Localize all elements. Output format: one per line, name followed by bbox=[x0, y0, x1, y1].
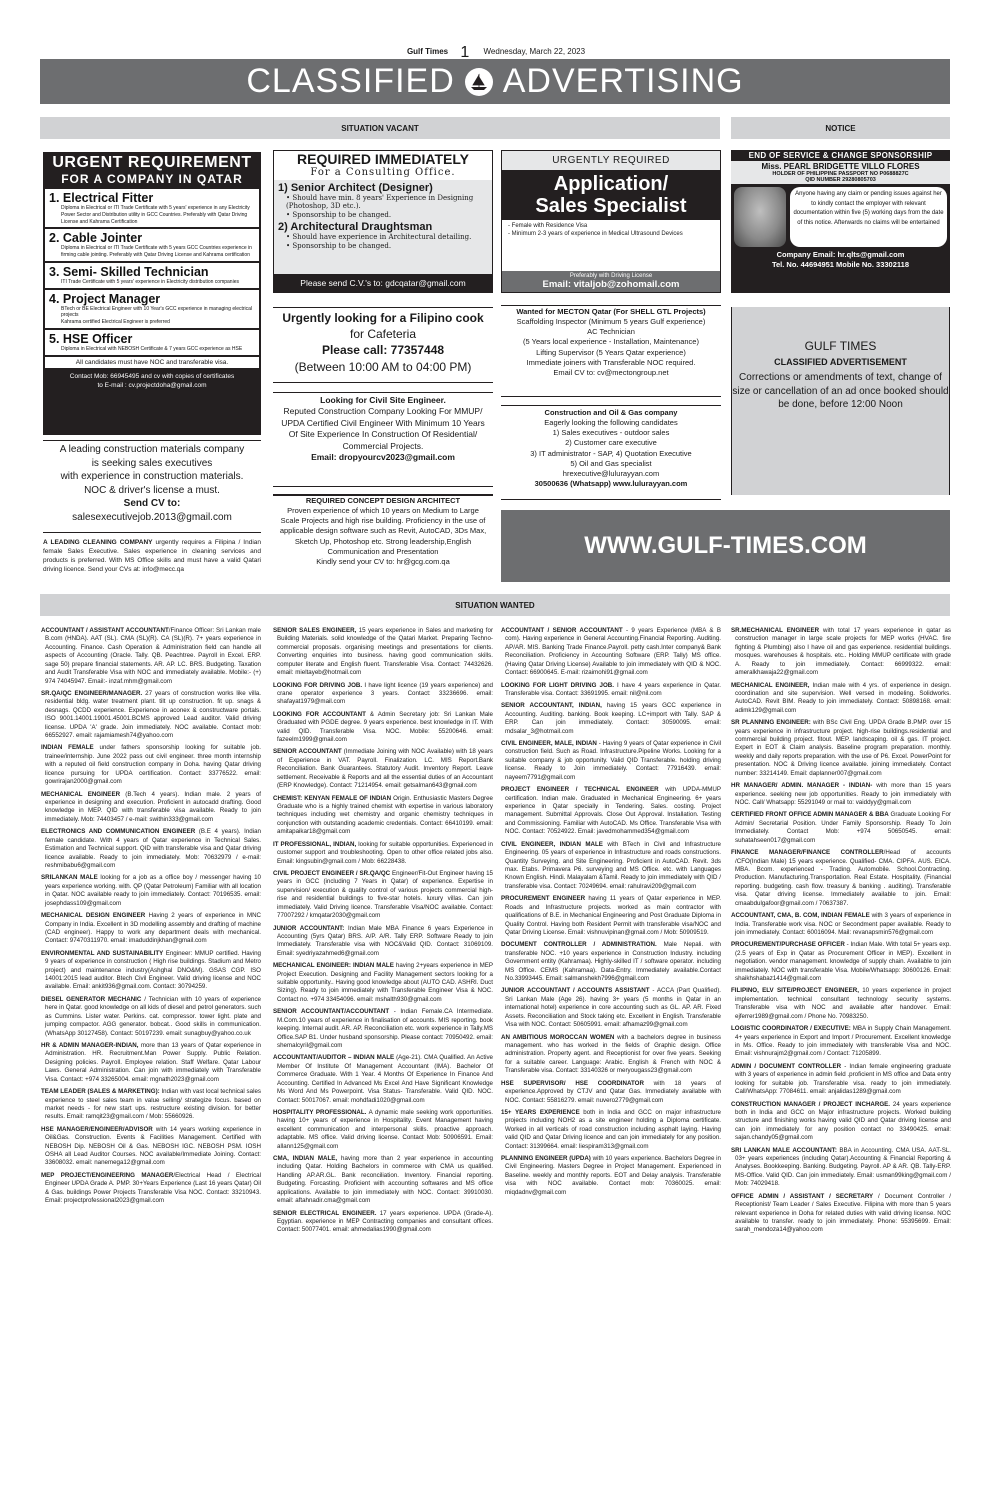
job-detail: BTech or BE Electrical Engineer with 10 … bbox=[49, 306, 255, 320]
wanted-listing: HSE SUPERVISOR/ HSE COORDINATOR with 18 … bbox=[501, 1080, 721, 1105]
company-phone: Tel. No. 44694951 Mobile No. 33302118 bbox=[731, 260, 950, 270]
ad-mecton: Wanted for MECTON Qatar (For SHELL GTL P… bbox=[501, 305, 721, 397]
ad-concept-design-architect: REQUIRED CONCEPT DESIGN ARCHITECT Proven… bbox=[273, 494, 493, 584]
listing-heading: ACCOUNTANT, CMA, B. COM, INDIAN FEMALE bbox=[731, 912, 870, 919]
job-project-manager: 4. Project Manager BTech or BE Electrica… bbox=[45, 290, 259, 328]
contact-phone: Contact Mob: 66945495 and cv with copies… bbox=[45, 372, 259, 382]
ad-lead: A LEADING CLEANING COMPANY bbox=[43, 539, 152, 546]
job-detail: Kahrama certified Electrical Engineer is… bbox=[49, 319, 255, 326]
contact-email: to E-mail : cv.projectdoha@gmail.com bbox=[45, 381, 259, 391]
job-title: 1) Senior Architect (Designer) bbox=[274, 182, 492, 194]
wanted-listing: SENIOR ELECTRICAL ENGINEER. 17 years exp… bbox=[273, 1210, 493, 1235]
listing-heading: ELECTRONICS AND COMMUNICATION ENGINEER bbox=[41, 828, 195, 835]
listing-body: having more than 2 year experience in ac… bbox=[277, 1155, 493, 1204]
wanted-listing: SR.QA/QC ENGINEER/MANAGER. 27 years of c… bbox=[41, 690, 261, 741]
ad-email: Email CV to: cv@mectongroup.net bbox=[501, 368, 721, 378]
ad-contact: Contact Mob: 66945495 and cv with copies… bbox=[45, 368, 259, 392]
listing-heading: ENVIRONMENTAL AND SUSTAINABILITY bbox=[41, 950, 163, 957]
ad-contact: Please send C.V.'s to: gdcqatar@gmail.co… bbox=[274, 274, 492, 292]
ad-construction-oil-gas: Construction and Oil & Gas company Eager… bbox=[501, 405, 721, 500]
section-situation-wanted: SITUATION WANTED bbox=[40, 594, 950, 616]
job-hse-officer: 5. HSE Officer Diploma in Electrical wit… bbox=[45, 330, 259, 355]
listing-heading: SENIOR ACCOUNTANT/ACCOUNTANT bbox=[273, 1008, 389, 1015]
ad-line: Immediate joiners with Transferable NOC … bbox=[501, 358, 721, 368]
ad-line: (Between 10:00 AM to 04:00 PM) bbox=[273, 359, 493, 375]
listing-heading: SRILANKAN MALE bbox=[41, 874, 98, 881]
wanted-listing: IT PROFESSIONAL, INDIAN, looking for sui… bbox=[273, 841, 493, 866]
listing-heading: PROJECT ENGINEER / TECHNICAL ENGINEER bbox=[501, 786, 659, 793]
wanted-listing: DOCUMENT CONTROLLER / ADMINISTRATION. Ma… bbox=[501, 941, 721, 983]
classified-banner: CLASSIFIED ADVERTISING bbox=[40, 59, 950, 104]
qid-number: QID NUMBER 29280805703 bbox=[731, 177, 950, 183]
wanted-listing: HSE MANAGER/ENGINEER/ADVISOR with 14 yea… bbox=[41, 1126, 261, 1168]
job-detail: ITI Trade Certificate with 5 years' expe… bbox=[49, 279, 255, 286]
ad-line: AC Technician bbox=[501, 327, 721, 337]
wanted-listing: ENVIRONMENTAL AND SUSTAINABILITY Enginee… bbox=[41, 950, 261, 992]
bullet-text: Sponsorship to be changed. bbox=[292, 211, 391, 219]
listing-heading: LOOKING FOR LIGHT DRIVING JOB. bbox=[501, 682, 614, 689]
wanted-listing: PROCUREMENT ENGINEER having 11 years of … bbox=[501, 895, 721, 937]
box-subtitle: CLASSIFIED ADVERTISEMENT bbox=[732, 357, 949, 367]
title-line: Sales Specialist bbox=[502, 195, 720, 217]
issue-date: Wednesday, March 22, 2023 bbox=[484, 47, 586, 56]
job-bullet: • Should have min. 8 years' Experience i… bbox=[274, 194, 492, 211]
wanted-listing: ELECTRONICS AND COMMUNICATION ENGINEER (… bbox=[41, 828, 261, 870]
listing-heading: HOSPITALITY PROFESSIONAL. bbox=[273, 1109, 366, 1116]
listing-heading: HSE MANAGER/ENGINEER/ADVISOR bbox=[41, 1126, 153, 1133]
listing-heading: CIVIL ENGINEER, INDIAN MALE bbox=[501, 841, 603, 848]
section-title: SITUATION WANTED bbox=[455, 601, 534, 610]
ad-title: REQUIRED IMMEDIATELY bbox=[274, 151, 492, 167]
listing-heading: JUNIOR ACCOUNTANT: bbox=[273, 925, 344, 932]
ad-line: 3) IT administrator - SAP, 4) Quotation … bbox=[501, 449, 721, 459]
job-title: 5. HSE Officer bbox=[49, 332, 255, 346]
job-bullet: • Should have experience in Architectura… bbox=[274, 233, 492, 241]
listing-heading: CHEMIST: KENYAN FEMALE OF INDIAN bbox=[273, 795, 391, 802]
bullet: - Minimum 2-3 years of experience in Med… bbox=[508, 230, 714, 238]
job-detail: Diploma in Electrical or ITI Trade Certi… bbox=[49, 205, 255, 225]
listing-body: /Head of accounts /CFO(Indian Male) 15 y… bbox=[735, 849, 951, 907]
wanted-listing: JUNIOR ACCOUNTANT / ACCOUNTS ASSISTANT -… bbox=[501, 987, 721, 1029]
listing-heading: DIESEL GENERATOR MECHANIC bbox=[41, 996, 141, 1003]
ad-email: Email: dropyourcv2023@gmail.com bbox=[279, 452, 487, 463]
listing-heading: CIVIL PROJECT ENGINEER / SR.QA/QC bbox=[273, 870, 390, 877]
person-name: Miss. PEARL BRIDGETTE VILLO FLORES bbox=[731, 162, 950, 171]
person-photo bbox=[734, 187, 786, 247]
ad-line: is seeking sales executives bbox=[43, 457, 261, 471]
listing-body: - 9 years Experience (MBA & B com). Havi… bbox=[505, 627, 721, 676]
wanted-listing: SR.MECHANICAL ENGINEER with total 17 yea… bbox=[731, 627, 951, 678]
wanted-listing: FILIPINO, ELV SITE/PROJECT ENGINEER, 10 … bbox=[731, 987, 951, 1021]
listing-heading: OFFICE ADMIN / ASSISTANT / SECRETARY bbox=[731, 1193, 873, 1200]
wanted-listing: ADMIN / DOCUMENT CONTROLLER - Indian fem… bbox=[731, 1063, 951, 1097]
listing-heading: CERTIFIED FRONT OFFICE ADMIN MANAGER & B… bbox=[731, 811, 889, 818]
listing-heading: TEAM LEADER (SALES & MARKETING): bbox=[41, 1088, 160, 1095]
job-bullet: • Sponsorship to be changed. bbox=[274, 211, 492, 219]
ad-title: Application/ Sales Specialist bbox=[502, 170, 720, 220]
wanted-listing: JUNIOR ACCOUNTANT: Indian Male MBA Finan… bbox=[273, 925, 493, 959]
ad-cleaning-company: A LEADING CLEANING COMPANY urgently requ… bbox=[43, 538, 261, 588]
wanted-listing: OFFICE ADMIN / ASSISTANT / SECRETARY / D… bbox=[731, 1193, 951, 1235]
notice-body: Anyone having any claim or pending issue… bbox=[731, 184, 950, 250]
ad-line: for Cafeteria bbox=[273, 326, 493, 342]
listing-heading: MECHANICAL ENGINEER: INDIAN MALE bbox=[273, 962, 394, 969]
ad-subtitle: For a Consulting Office. bbox=[274, 167, 492, 180]
bullet-text: Should have experience in Architectural … bbox=[292, 233, 471, 241]
listing-body: /Finance Officer: Sri Lankan male B.com … bbox=[45, 627, 261, 685]
ad-contact: 30500636 (Whatsapp) www.lulurayyan.com bbox=[501, 479, 721, 489]
ad-line: 5) Oil and Gas specialist bbox=[501, 459, 721, 469]
wanted-listing: AN AMBITIOUS MOROCCAN WOMEN with a bache… bbox=[501, 1034, 721, 1076]
wanted-column-1: ACCOUNTANT / ASSISTANT ACCOUNTANT/Financ… bbox=[41, 627, 261, 1210]
listing-heading: ACCOUNTANT/AUDITOR – INDIAN MALE bbox=[273, 1054, 394, 1061]
banner-title-left: CLASSIFIED bbox=[246, 62, 454, 101]
ad-line: Urgently looking for a Filipino cook bbox=[273, 310, 493, 326]
website-link[interactable]: WWW.GULF-TIMES.COM bbox=[584, 532, 867, 560]
listing-heading: MECHANICAL ENGINEER, bbox=[731, 682, 809, 689]
wanted-listing: HR MANAGER/ ADMIN. MANAGER - INDIAN- wit… bbox=[731, 782, 951, 807]
wanted-listing: MECHANICAL ENGINEER: INDIAN MALE having … bbox=[273, 962, 493, 1004]
dhow-boat-icon bbox=[465, 68, 493, 96]
bullet: - Female with Residence Visa bbox=[508, 222, 714, 230]
wanted-listing: CIVIL ENGINEER, INDIAN MALE with BTech i… bbox=[501, 841, 721, 892]
job-title: 4. Project Manager bbox=[49, 292, 255, 306]
wanted-listing: INDIAN FEMALE under fathers sponsorship … bbox=[41, 744, 261, 786]
wanted-listing: CERTIFIED FRONT OFFICE ADMIN MANAGER & B… bbox=[731, 811, 951, 845]
wanted-listing: PROJECT ENGINEER / TECHNICAL ENGINEER wi… bbox=[501, 786, 721, 837]
job-title: 1. Electrical Fitter bbox=[49, 191, 255, 205]
listing-heading: SENIOR ACCOUNTANT, INDIAN, bbox=[501, 702, 602, 709]
wanted-column-3: ACCOUNTANT / SENIOR ACCOUNTANT - 9 years… bbox=[501, 627, 721, 1201]
classified-corrections-notice: GULF TIMES CLASSIFIED ADVERTISEMENT Corr… bbox=[731, 307, 950, 495]
wanted-listing: SENIOR ACCOUNTANT (Immediate Joining wit… bbox=[273, 748, 493, 790]
ad-line: Scaffolding Inspector (Minimum 5 years G… bbox=[501, 317, 721, 327]
wanted-listing: CONSTRUCTION MANAGER / PROJECT INCHARGE.… bbox=[731, 1101, 951, 1143]
ad-title: Wanted for MECTON Qatar (For SHELL GTL P… bbox=[501, 307, 721, 317]
wanted-listing: TEAM LEADER (SALES & MARKETING): Indian … bbox=[41, 1088, 261, 1122]
wanted-listing: SENIOR ACCOUNTANT, INDIAN, having 15 yea… bbox=[501, 702, 721, 736]
ad-subtitle: FOR A COMPANY IN QATAR bbox=[45, 172, 259, 186]
listing-heading: PLANNING ENGINEER (UPDA) bbox=[501, 1155, 591, 1162]
listing-heading: SR.QA/QC ENGINEER/MANAGER. bbox=[41, 690, 142, 697]
notice-message: Anyone having any claim or pending issue… bbox=[790, 187, 947, 247]
listing-heading: CMA, INDIAN MALE, bbox=[273, 1155, 337, 1162]
ad-line: 2) Customer care executive bbox=[501, 438, 721, 448]
listing-body: (Age-21). CMA Qualified. An Active Membe… bbox=[277, 1054, 493, 1103]
listing-heading: LOGISTIC COORDINATOR / EXECUTIVE: bbox=[731, 1025, 851, 1032]
listing-body: with total 17 years experience in qatar … bbox=[735, 627, 951, 676]
ad-line: NOC & driver's license a must. bbox=[43, 484, 261, 498]
ad-bullets: - Female with Residence Visa - Minimum 2… bbox=[502, 220, 720, 241]
section-notice: NOTICE bbox=[731, 117, 950, 139]
job-title: 3. Semi- Skilled Technician bbox=[49, 265, 255, 279]
notice-title: END OF SERVICE & CHANGE SPONSORSHIP bbox=[731, 150, 950, 161]
listing-heading: 15+ YEARS EXPERIENCE bbox=[501, 1109, 580, 1116]
wanted-listing: ACCOUNTANT, CMA, B. COM, INDIAN FEMALE w… bbox=[731, 912, 951, 937]
wanted-listing: CMA, INDIAN MALE, having more than 2 yea… bbox=[273, 1155, 493, 1206]
listing-heading: PROCUREMENT ENGINEER bbox=[501, 895, 585, 902]
ad-filipino-cook: Urgently looking for a Filipino cook for… bbox=[273, 307, 493, 383]
listing-heading: INDIAN FEMALE bbox=[41, 744, 94, 751]
company-email: Company Email: hr.qlts@gmail.com bbox=[731, 250, 950, 260]
ad-construction-materials: A leading construction materials company… bbox=[43, 440, 261, 533]
listing-heading: LOOKING FOR DRIVING JOB. bbox=[273, 682, 362, 689]
ad-line: with experience in construction material… bbox=[43, 470, 261, 484]
ad-consulting-office: REQUIRED IMMEDIATELY For a Consulting Of… bbox=[273, 150, 493, 293]
listing-heading: ACCOUNTANT / ASSISTANT ACCOUNTANT bbox=[41, 627, 169, 634]
bullet-text: Female with Residence Visa bbox=[512, 223, 588, 229]
ad-email: salesexecutivejob.2013@gmail.com bbox=[43, 511, 261, 525]
wanted-listing: DIESEL GENERATOR MECHANIC / Technician w… bbox=[41, 996, 261, 1038]
listing-heading: HR MANAGER/ ADMIN. MANAGER - INDIAN- bbox=[731, 782, 872, 789]
listing-body: with BSc Civil Eng. UPDA Grade B.PMP. ov… bbox=[735, 719, 951, 777]
job-detail: Diploma in Electrical with NEBOSH Certif… bbox=[49, 346, 255, 353]
wanted-listing: MECHANICAL DESIGN ENGINEER Having 2 year… bbox=[41, 912, 261, 946]
ad-civil-site-engineer: Looking for Civil Site Engineer. Reputed… bbox=[273, 392, 493, 487]
wanted-listing: SENIOR SALES ENGINEER, 15 years experien… bbox=[273, 627, 493, 678]
ad-title: Construction and Oil & Gas company bbox=[501, 408, 721, 418]
listing-heading: JUNIOR ACCOUNTANT / ACCOUNTS ASSISTANT bbox=[501, 987, 650, 994]
listing-body: Engineer/Fit-Out Engineer having 15 year… bbox=[277, 870, 493, 919]
listing-heading: LOOKING FOR ACCOUNTANT bbox=[273, 711, 366, 718]
ad-line: Lifting Supervisor (5 Years Qatar experi… bbox=[501, 348, 721, 358]
wanted-listing: FINANCE MANAGER/FINANCE CONTROLLER/Head … bbox=[731, 849, 951, 908]
wanted-listing: ACCOUNTANT/AUDITOR – INDIAN MALE (Age-21… bbox=[273, 1054, 493, 1105]
wanted-listing: 15+ YEARS EXPERIENCE both in India and G… bbox=[501, 1109, 721, 1151]
listing-heading: MECHANICAL DESIGN ENGINEER bbox=[41, 912, 145, 919]
job-title: 2. Cable Jointer bbox=[49, 231, 255, 245]
listing-heading: MECHANICAL ENGINEER bbox=[41, 791, 120, 798]
wanted-listing: MEP PROJECT/ENGINEERING MANAGER/Electric… bbox=[41, 1172, 261, 1206]
wanted-listing: HOSPITALITY PROFESSIONAL. A dynamic male… bbox=[273, 1109, 493, 1151]
listing-heading: ACCOUNTANT / SENIOR ACCOUNTANT bbox=[501, 627, 623, 634]
ad-line: (5 Years local experience - Installation… bbox=[501, 337, 721, 347]
title-line: Application/ bbox=[502, 173, 720, 195]
job-electrical-fitter: 1. Electrical Fitter Diploma in Electric… bbox=[45, 189, 259, 227]
ad-sales-specialist: URGENTLY REQUIRED Application/ Sales Spe… bbox=[501, 150, 721, 293]
wanted-column-2: SENIOR SALES ENGINEER, 15 years experien… bbox=[273, 627, 493, 1239]
section-title: SITUATION VACANT bbox=[341, 124, 418, 133]
ad-title: URGENT REQUIREMENT bbox=[45, 154, 259, 172]
ad-line: Send CV to: bbox=[43, 497, 261, 511]
wanted-listing: ACCOUNTANT / ASSISTANT ACCOUNTANT/Financ… bbox=[41, 627, 261, 686]
job-bullet: • Sponsorship to be changed. bbox=[274, 242, 492, 250]
listing-heading: CONSTRUCTION MANAGER / PROJECT INCHARGE. bbox=[731, 1101, 890, 1108]
banner-title-right: ADVERTISING bbox=[503, 62, 744, 101]
website-banner[interactable]: WWW.GULF-TIMES.COM bbox=[501, 510, 950, 582]
ad-header: URGENTLY REQUIRED bbox=[502, 151, 720, 170]
wanted-listing: LOOKING FOR LIGHT DRIVING JOB. I have 4 … bbox=[501, 682, 721, 699]
listing-heading: FINANCE MANAGER/FINANCE CONTROLLER bbox=[731, 849, 884, 856]
box-body: Corrections or amendments of text, chang… bbox=[732, 371, 949, 412]
ad-line: A leading construction materials company bbox=[43, 443, 261, 457]
bullet-text: Sponsorship to be changed. bbox=[292, 242, 391, 250]
ad-title: REQUIRED CONCEPT DESIGN ARCHITECT bbox=[277, 496, 489, 506]
listing-heading: HSE SUPERVISOR/ HSE COORDINATOR bbox=[501, 1080, 644, 1087]
wanted-listing: MECHANICAL ENGINEER (B.Tech 4 years). In… bbox=[41, 791, 261, 825]
listing-heading: CIVIL ENGINEER, MALE, INDIAN bbox=[501, 740, 597, 747]
job-title: 2) Architectural Draughtsman bbox=[274, 221, 492, 233]
listing-heading: SENIOR SALES ENGINEER, bbox=[273, 627, 356, 634]
ad-phone: Please call: 77357448 bbox=[273, 342, 493, 358]
section-situation-vacant: SITUATION VACANT bbox=[40, 117, 720, 139]
job-cable-jointer: 2. Cable Jointer Diploma in Electrical o… bbox=[45, 229, 259, 261]
listing-heading: MEP PROJECT/ENGINEERING MANAGER bbox=[41, 1172, 173, 1179]
listing-heading: SENIOR ACCOUNTANT bbox=[273, 748, 342, 755]
ad-body: Reputed Construction Company Looking For… bbox=[279, 406, 487, 452]
wanted-listing: SENIOR ACCOUNTANT/ACCOUNTANT - Indian Fe… bbox=[273, 1008, 493, 1050]
listing-heading: AN AMBITIOUS MOROCCAN WOMEN bbox=[501, 1034, 614, 1041]
listing-body: with BTech in Civil and Infrastructure E… bbox=[505, 841, 721, 890]
listing-heading: SENIOR ELECTRICAL ENGINEER. bbox=[273, 1210, 376, 1217]
wanted-listing: SRILANKAN MALE looking for a job as a of… bbox=[41, 874, 261, 908]
listing-body: 15 years experience in Sales and marketi… bbox=[277, 627, 493, 676]
wanted-column-4: SR.MECHANICAL ENGINEER with total 17 yea… bbox=[731, 627, 951, 1239]
ad-email: Email: vitaljob@zohomail.com bbox=[502, 279, 720, 290]
listing-heading: SRI LANKAN MALE ACCOUNTANT: bbox=[731, 1147, 837, 1154]
listing-heading: ADMIN / DOCUMENT CONTROLLER bbox=[731, 1063, 841, 1070]
wanted-listing: LOGISTIC COORDINATOR / EXECUTIVE: MBA in… bbox=[731, 1025, 951, 1059]
ad-requirement-note: All candidates must have NOC and transfe… bbox=[45, 357, 259, 368]
wanted-listing: CHEMIST: KENYAN FEMALE OF INDIAN Origin.… bbox=[273, 795, 493, 837]
wanted-listing: LOOKING FOR ACCOUNTANT & Admin Secretary… bbox=[273, 711, 493, 745]
section-title: NOTICE bbox=[825, 124, 855, 133]
bullet-text: Minimum 2-3 years of experience in Medic… bbox=[512, 231, 683, 237]
ad-title: Looking for Civil Site Engineer. bbox=[279, 395, 487, 406]
ad-urgent-requirement: URGENT REQUIREMENT FOR A COMPANY IN QATA… bbox=[43, 152, 261, 435]
listing-heading: PROCUREMENT/PURCHASE OFFICER bbox=[731, 941, 845, 948]
paper-name: Gulf Times bbox=[407, 47, 448, 56]
ad-line: Eagerly looking the following candidates bbox=[501, 418, 721, 428]
ad-body: Proven experience of which 10 years on M… bbox=[277, 506, 489, 557]
wanted-listing: PROCUREMENT/PURCHASE OFFICER - Indian Ma… bbox=[731, 941, 951, 983]
listing-heading: IT PROFESSIONAL, INDIAN, bbox=[273, 841, 356, 848]
wanted-listing: PLANNING ENGINEER (UPDA) with 10 years e… bbox=[501, 1155, 721, 1197]
wanted-listing: CIVIL PROJECT ENGINEER / SR.QA/QC Engine… bbox=[273, 870, 493, 921]
wanted-listing: MECHANICAL ENGINEER, Indian male with 4 … bbox=[731, 682, 951, 716]
job-detail: Diploma in Electrical or ITI Trade Certi… bbox=[49, 245, 255, 259]
wanted-listing: LOOKING FOR DRIVING JOB. I have light li… bbox=[273, 682, 493, 707]
notice-person: Miss. PEARL BRIDGETTE VILLO FLORES HOLDE… bbox=[731, 161, 950, 184]
ad-line: 1) Sales executives - outdoor sales bbox=[501, 428, 721, 438]
listing-heading: SR PLANNING ENGINEER: bbox=[731, 719, 811, 726]
listing-heading: FILIPINO, ELV SITE/PROJECT ENGINEER, bbox=[731, 987, 859, 994]
listing-heading: HR & ADMIN MANAGER-INDIAN, bbox=[41, 1042, 139, 1049]
listing-heading: DOCUMENT CONTROLLER / ADMINISTRATION. bbox=[501, 941, 657, 948]
wanted-listing: CIVIL ENGINEER, MALE, INDIAN - Having 9 … bbox=[501, 740, 721, 782]
ad-email: hrexecutive@lulurayyan.com bbox=[501, 469, 721, 479]
listing-body: 27 years of construction works like vill… bbox=[45, 690, 261, 739]
listing-body: with UPDA-MMUP certification. Indian mal… bbox=[505, 786, 721, 835]
wanted-listing: HR & ADMIN MANAGER-INDIAN, more than 13 … bbox=[41, 1042, 261, 1084]
wanted-listing: SRI LANKAN MALE ACCOUNTANT: BBA in Accou… bbox=[731, 1147, 951, 1189]
bullet-text: Should have min. 8 years' Experience in … bbox=[286, 194, 473, 210]
box-title: GULF TIMES bbox=[732, 339, 949, 353]
ad-email: Kindly send your CV to: hr@gcg.com.qa bbox=[277, 557, 489, 567]
ad-footer: Preferably with Driving License Email: v… bbox=[502, 271, 720, 292]
listing-heading: SR.MECHANICAL ENGINEER bbox=[731, 627, 819, 634]
notice-end-of-service: END OF SERVICE & CHANGE SPONSORSHIP Miss… bbox=[731, 150, 950, 293]
wanted-listing: SR PLANNING ENGINEER: with BSc Civil Eng… bbox=[731, 719, 951, 778]
job-semi-skilled-technician: 3. Semi- Skilled Technician ITI Trade Ce… bbox=[45, 263, 259, 288]
wanted-listing: ACCOUNTANT / SENIOR ACCOUNTANT - 9 years… bbox=[501, 627, 721, 678]
